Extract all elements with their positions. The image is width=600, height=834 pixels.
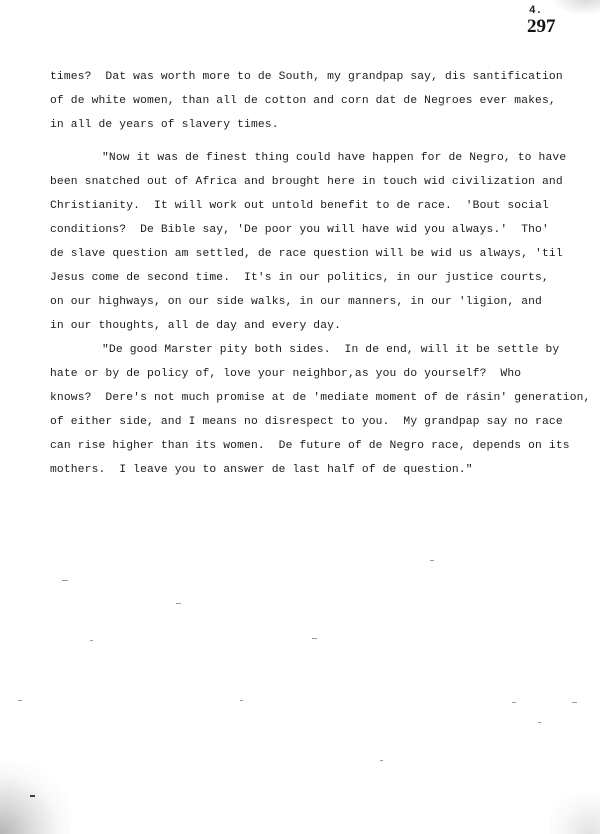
scan-speck [380,760,383,761]
text-line: of de white women, than all de cotton an… [50,94,556,108]
scan-speck [62,580,68,581]
text-line: been snatched out of Africa and brought … [50,175,563,189]
text-line: conditions? De Bible say, 'De poor you w… [50,223,549,237]
text-line: de slave question am settled, de race qu… [50,247,563,261]
text-line: knows? Dere's not much promise at de 'me… [50,391,590,405]
text-line: Jesus come de second time. It's in our p… [50,271,549,285]
scan-speck [312,638,317,639]
text-line: times? Dat was worth more to de South, m… [50,70,563,84]
text-line: mothers. I leave you to answer de last h… [50,463,473,477]
scan-speck [90,640,93,641]
paragraph-start-line: "Now it was de finest thing could have h… [102,151,566,165]
scan-speck [240,700,243,701]
text-line: in all de years of slavery times. [50,118,279,132]
page-number-stamped: 297 [527,16,556,38]
scan-speck [176,603,181,604]
scan-noise-bottom-right [550,790,600,834]
text-line: on our highways, on our side walks, in o… [50,295,542,309]
text-line: of either side, and I means no disrespec… [50,415,563,429]
scan-speck [572,702,577,703]
text-line: can rise higher than its women. De futur… [50,439,570,453]
scan-speck [538,722,541,723]
scan-noise-bottom-left [0,762,70,834]
scan-speck [512,702,516,703]
scan-speck [18,700,22,701]
text-line: in our thoughts, all de day and every da… [50,319,341,333]
document-page: 4. 297 times? Dat was worth more to de S… [0,0,600,834]
text-line: Christianity. It will work out untold be… [50,199,549,213]
scan-speck [430,560,434,561]
text-line: hate or by de policy of, love your neigh… [50,367,521,381]
scan-noise-top-right [553,0,600,14]
paragraph-start-line: "De good Marster pity both sides. In de … [102,343,559,357]
